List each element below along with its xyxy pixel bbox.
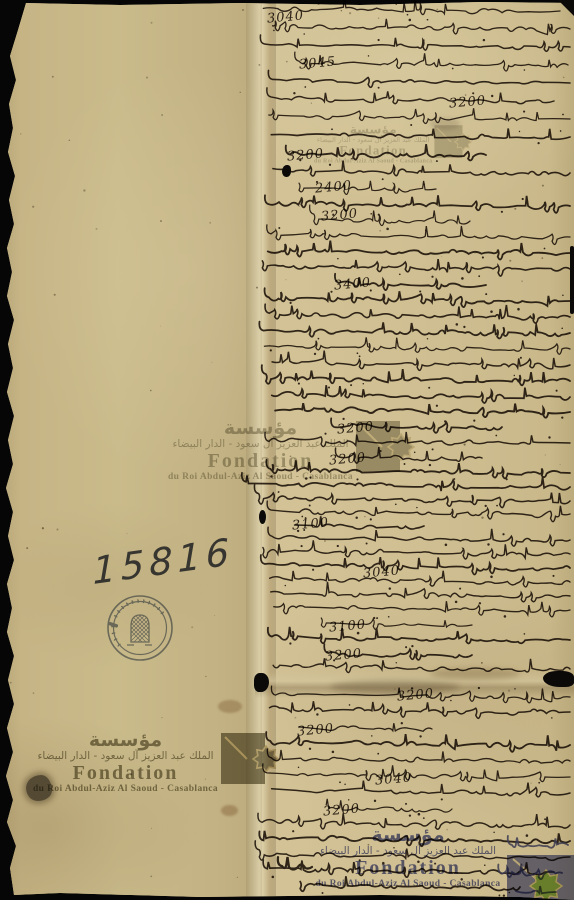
circular-seal-stamp-icon (103, 591, 177, 665)
ink-blot (282, 165, 291, 177)
ink-blot (259, 510, 266, 524)
blue-marginalia (498, 836, 568, 893)
scan-edge-artifact (570, 246, 574, 314)
document-scan: مؤسسة الملك عبد العزيز آل سعود - الدار ا… (0, 0, 574, 900)
manuscript-text (0, 0, 574, 900)
crease-ink-blot (543, 671, 574, 687)
